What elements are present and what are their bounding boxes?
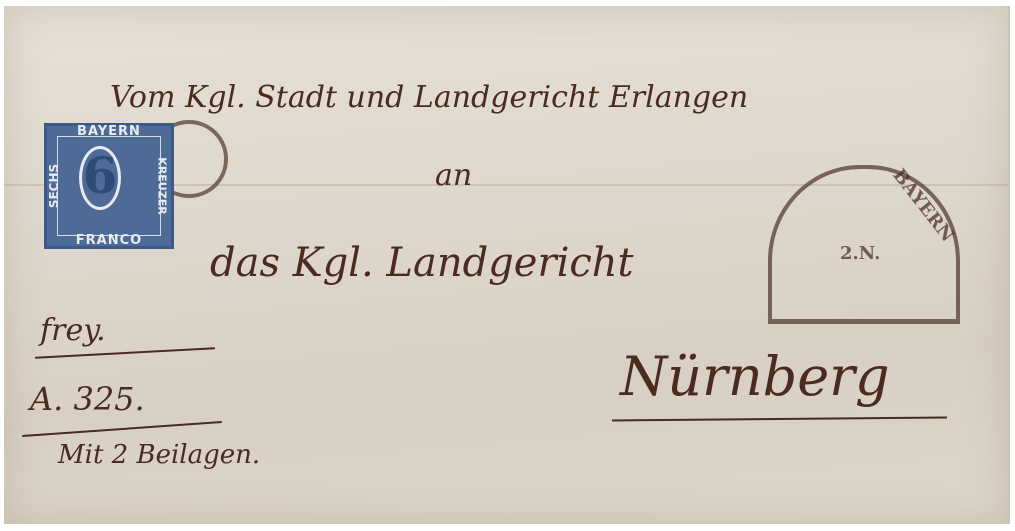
stamp-bottom-text: FRANCO: [47, 233, 171, 248]
note-enclosures: Mit 2 Beilagen.: [58, 440, 260, 470]
sender-line: Vom Kgl. Stadt und Landgericht Erlangen: [110, 80, 748, 115]
stamp-numeral: 6: [77, 146, 123, 205]
destination-city: Nürnberg: [620, 345, 890, 408]
note-number: A. 325.: [30, 380, 145, 418]
address-an: an: [435, 158, 472, 193]
postmark-date: 2.N.: [840, 243, 880, 264]
stamp-right-text: KREUZER: [155, 157, 168, 214]
note-frey: frey.: [40, 313, 106, 348]
recipient-line: das Kgl. Landgericht: [210, 240, 634, 286]
postage-stamp: BAYERN FRANCO SECHS KREUZER 6: [44, 123, 174, 249]
stamp-left-text: SECHS: [47, 164, 61, 208]
stamp-top-text: BAYERN: [47, 124, 171, 139]
